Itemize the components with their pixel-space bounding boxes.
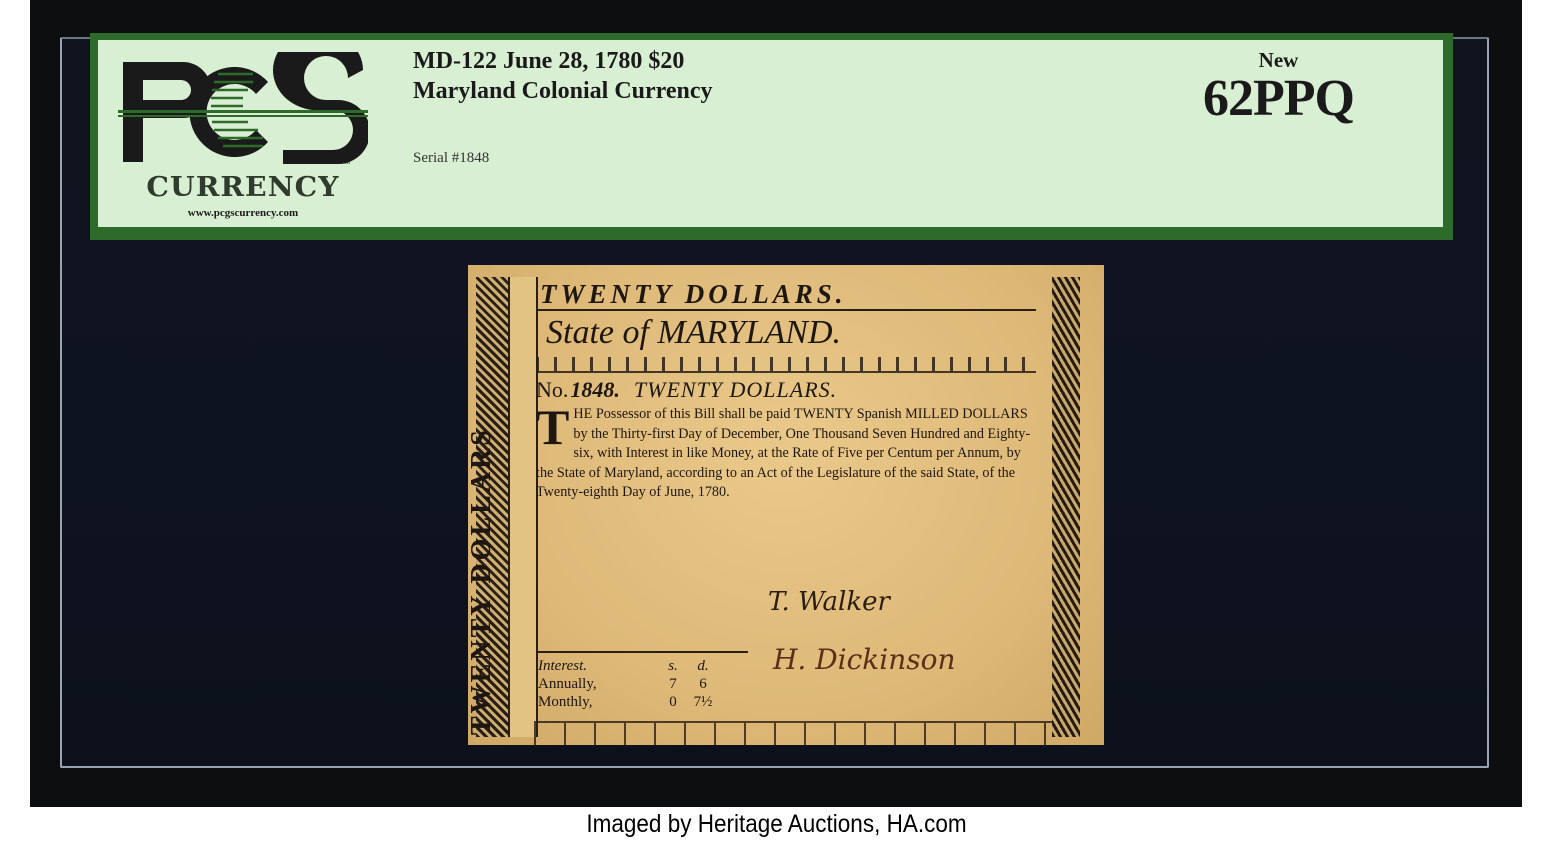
grading-label: TM CURRENCY www.pcgscurrency.com MD-122 … [90,33,1453,240]
signature-walker: T. Walker [768,587,890,617]
pcgs-logo-mark-icon: TM [118,52,368,172]
interest-row-monthly: Monthly, 0 7½ [538,693,748,711]
note-number-line: No.1848.TWENTY DOLLARS. [536,377,1036,403]
interest-rule [538,645,748,653]
label-panel: TM CURRENCY www.pcgscurrency.com MD-122 … [98,40,1443,227]
vertical-denomination: TWENTY DOLLARS [468,295,498,735]
banknote-image: TWENTY DOLLARS TWENTY DOLLARS. State of … [468,265,1104,745]
series-title: Maryland Colonial Currency [413,75,713,107]
website-link: www.pcgscurrency.com [118,207,368,219]
interest-header-row: Interest. s. d. [538,657,748,675]
grade-value: 62PPQ [1166,73,1391,125]
note-bottom-border [534,721,1052,745]
catalog-title: MD-122 June 28, 1780 $20 [413,47,713,75]
promise-body: HE Possessor of this Bill shall be paid … [536,406,1030,500]
crown-ornament-row [536,357,1036,373]
note-right-border [1052,277,1080,737]
denomination-text: TWENTY DOLLARS. [634,377,837,402]
signature-dickinson: H. Dickinson [773,643,956,676]
pcgs-logo: TM CURRENCY www.pcgscurrency.com [118,52,368,222]
number-prefix: No. [536,377,568,402]
interest-row-annually: Annually, 7 6 [538,675,748,693]
vertical-band [508,277,538,737]
note-promise-text: THE Possessor of this Bill shall be paid… [536,405,1036,503]
serial-number: Serial #1848 [413,150,489,167]
svg-text:TM: TM [340,159,350,166]
note-state: State of MARYLAND. [536,311,1036,355]
image-credit-caption: Imaged by Heritage Auctions, HA.com [78,808,1476,840]
interest-table: Interest. s. d. Annually, 7 6 Monthly, 0… [538,645,748,711]
note-header: TWENTY DOLLARS. [536,279,1036,311]
grade-block: New 62PPQ [1166,47,1391,125]
drop-cap: T [536,407,569,447]
handwritten-number: 1848. [570,377,620,402]
note-title: MD-122 June 28, 1780 $20 Maryland Coloni… [413,47,713,107]
logo-currency-text: CURRENCY [112,172,375,203]
note-body: TWENTY DOLLARS. State of MARYLAND. No.18… [536,279,1036,503]
